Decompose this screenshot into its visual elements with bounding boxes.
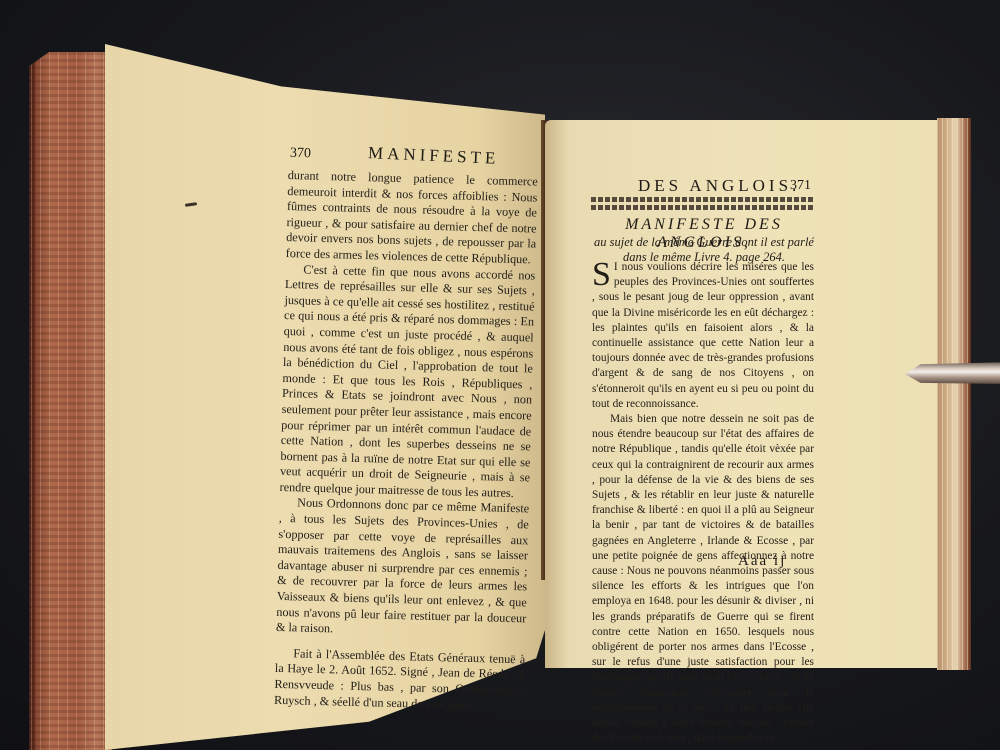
left-page-text: durant notre longue patience le commerce…	[274, 168, 538, 715]
right-paragraph: SI nous voulions décrire les miséres que…	[592, 260, 814, 412]
left-page-edges	[22, 52, 112, 750]
decorative-ornament-band	[591, 197, 815, 211]
book-photo: 370 MANIFESTE durant notre longue patien…	[0, 0, 1000, 750]
right-folio: 371	[790, 178, 811, 194]
letter-opener-icon	[905, 362, 1000, 384]
left-paragraph: C'est à cette fin que nous avons accordé…	[279, 262, 535, 502]
right-page-text: SI nous voulions décrire les miséres que…	[592, 260, 814, 747]
right-paragraph: Mais bien que notre dessein ne soit pas …	[592, 412, 814, 746]
left-paragraph: durant notre longue patience le commerce…	[286, 168, 538, 268]
right-paragraph-text: I nous voulions décrire les miséres que …	[592, 261, 814, 410]
signature-mark: Aaa ij	[738, 553, 786, 570]
bleed-through-text: A a	[340, 588, 365, 603]
left-colophon: Fait à l'Assemblée des Etats Généraux te…	[274, 646, 526, 715]
left-folio: 370	[290, 146, 311, 163]
right-running-head: DES ANGLOIS.	[638, 176, 800, 196]
left-paragraph: Nous Ordonnons donc par ce même Manifest…	[276, 495, 530, 642]
right-page-edges	[937, 118, 971, 670]
drop-cap: S	[592, 261, 614, 289]
